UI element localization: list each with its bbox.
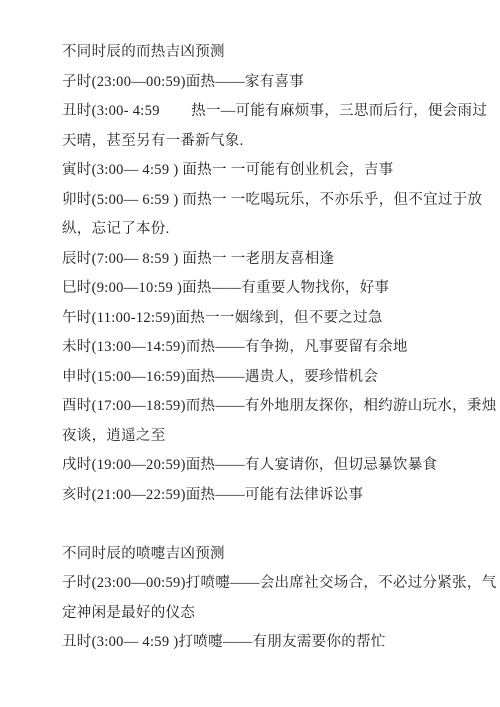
document-line: 酉时(17:00—18:59)而热——有外地朋友探你，相约游山玩水，秉烛 — [62, 392, 464, 422]
document-line: 夜谈，逍遥之至 — [62, 422, 464, 452]
document-line: 丑时(3:00- 4:59 热一—可能有麻烦事，三思而后行，便会雨过 — [62, 97, 464, 127]
section-sneeze-predictions: 不同时辰的喷嚏吉凶预测 子时(23:00—00:59)打喷嚏——会出席社交场合，… — [62, 540, 464, 658]
document-line: 卯时(5:00— 6:59 ) 而热一 一吃喝玩乐，不亦乐乎，但不宜过于放 — [62, 186, 464, 216]
document-line: 定神闲是最好的仪态 — [62, 599, 464, 629]
document-line: 寅时(3:00— 4:59 ) 面热一 一可能有创业机会，吉事 — [62, 156, 464, 186]
document-line: 申时(15:00—16:59)面热——遇贵人，要珍惜机会 — [62, 363, 464, 393]
document-line: 未时(13:00—14:59)而热——有争拗，凡事要留有余地 — [62, 333, 464, 363]
document-line: 午时(11:00-12:59)面热一一姻缘到，但不要之过急 — [62, 304, 464, 334]
document-line: 辰时(7:00— 8:59 ) 面热一 一老朋友喜相逢 — [62, 245, 464, 275]
document-page: 不同时辰的而热吉凶预测 子时(23:00—00:59)面热——家有喜事 丑时(3… — [0, 0, 500, 707]
document-line: 子时(23:00—00:59)打喷嚏——会出席社交场合，不必过分紧张，气 — [62, 569, 464, 599]
document-line: 天晴，甚至另有一番新气象. — [62, 127, 464, 157]
section-gap — [62, 510, 464, 540]
document-line: 丑时(3:00— 4:59 )打喷嚏——有朋友需要你的帮忙 — [62, 628, 464, 658]
document-line: 戌时(19:00—20:59)面热——有人宴请你，但切忌暴饮暴食 — [62, 451, 464, 481]
section-title: 不同时辰的喷嚏吉凶预测 — [62, 540, 464, 570]
document-line: 纵，忘记了本份. — [62, 215, 464, 245]
section-face-heat-predictions: 不同时辰的而热吉凶预测 子时(23:00—00:59)面热——家有喜事 丑时(3… — [62, 38, 464, 510]
section-title: 不同时辰的而热吉凶预测 — [62, 38, 464, 68]
document-line: 亥时(21:00—22:59)面热——可能有法律诉讼事 — [62, 481, 464, 511]
document-line: 子时(23:00—00:59)面热——家有喜事 — [62, 68, 464, 98]
document-line: 巳时(9:00—10:59 )面热——有重要人物找你，好事 — [62, 274, 464, 304]
